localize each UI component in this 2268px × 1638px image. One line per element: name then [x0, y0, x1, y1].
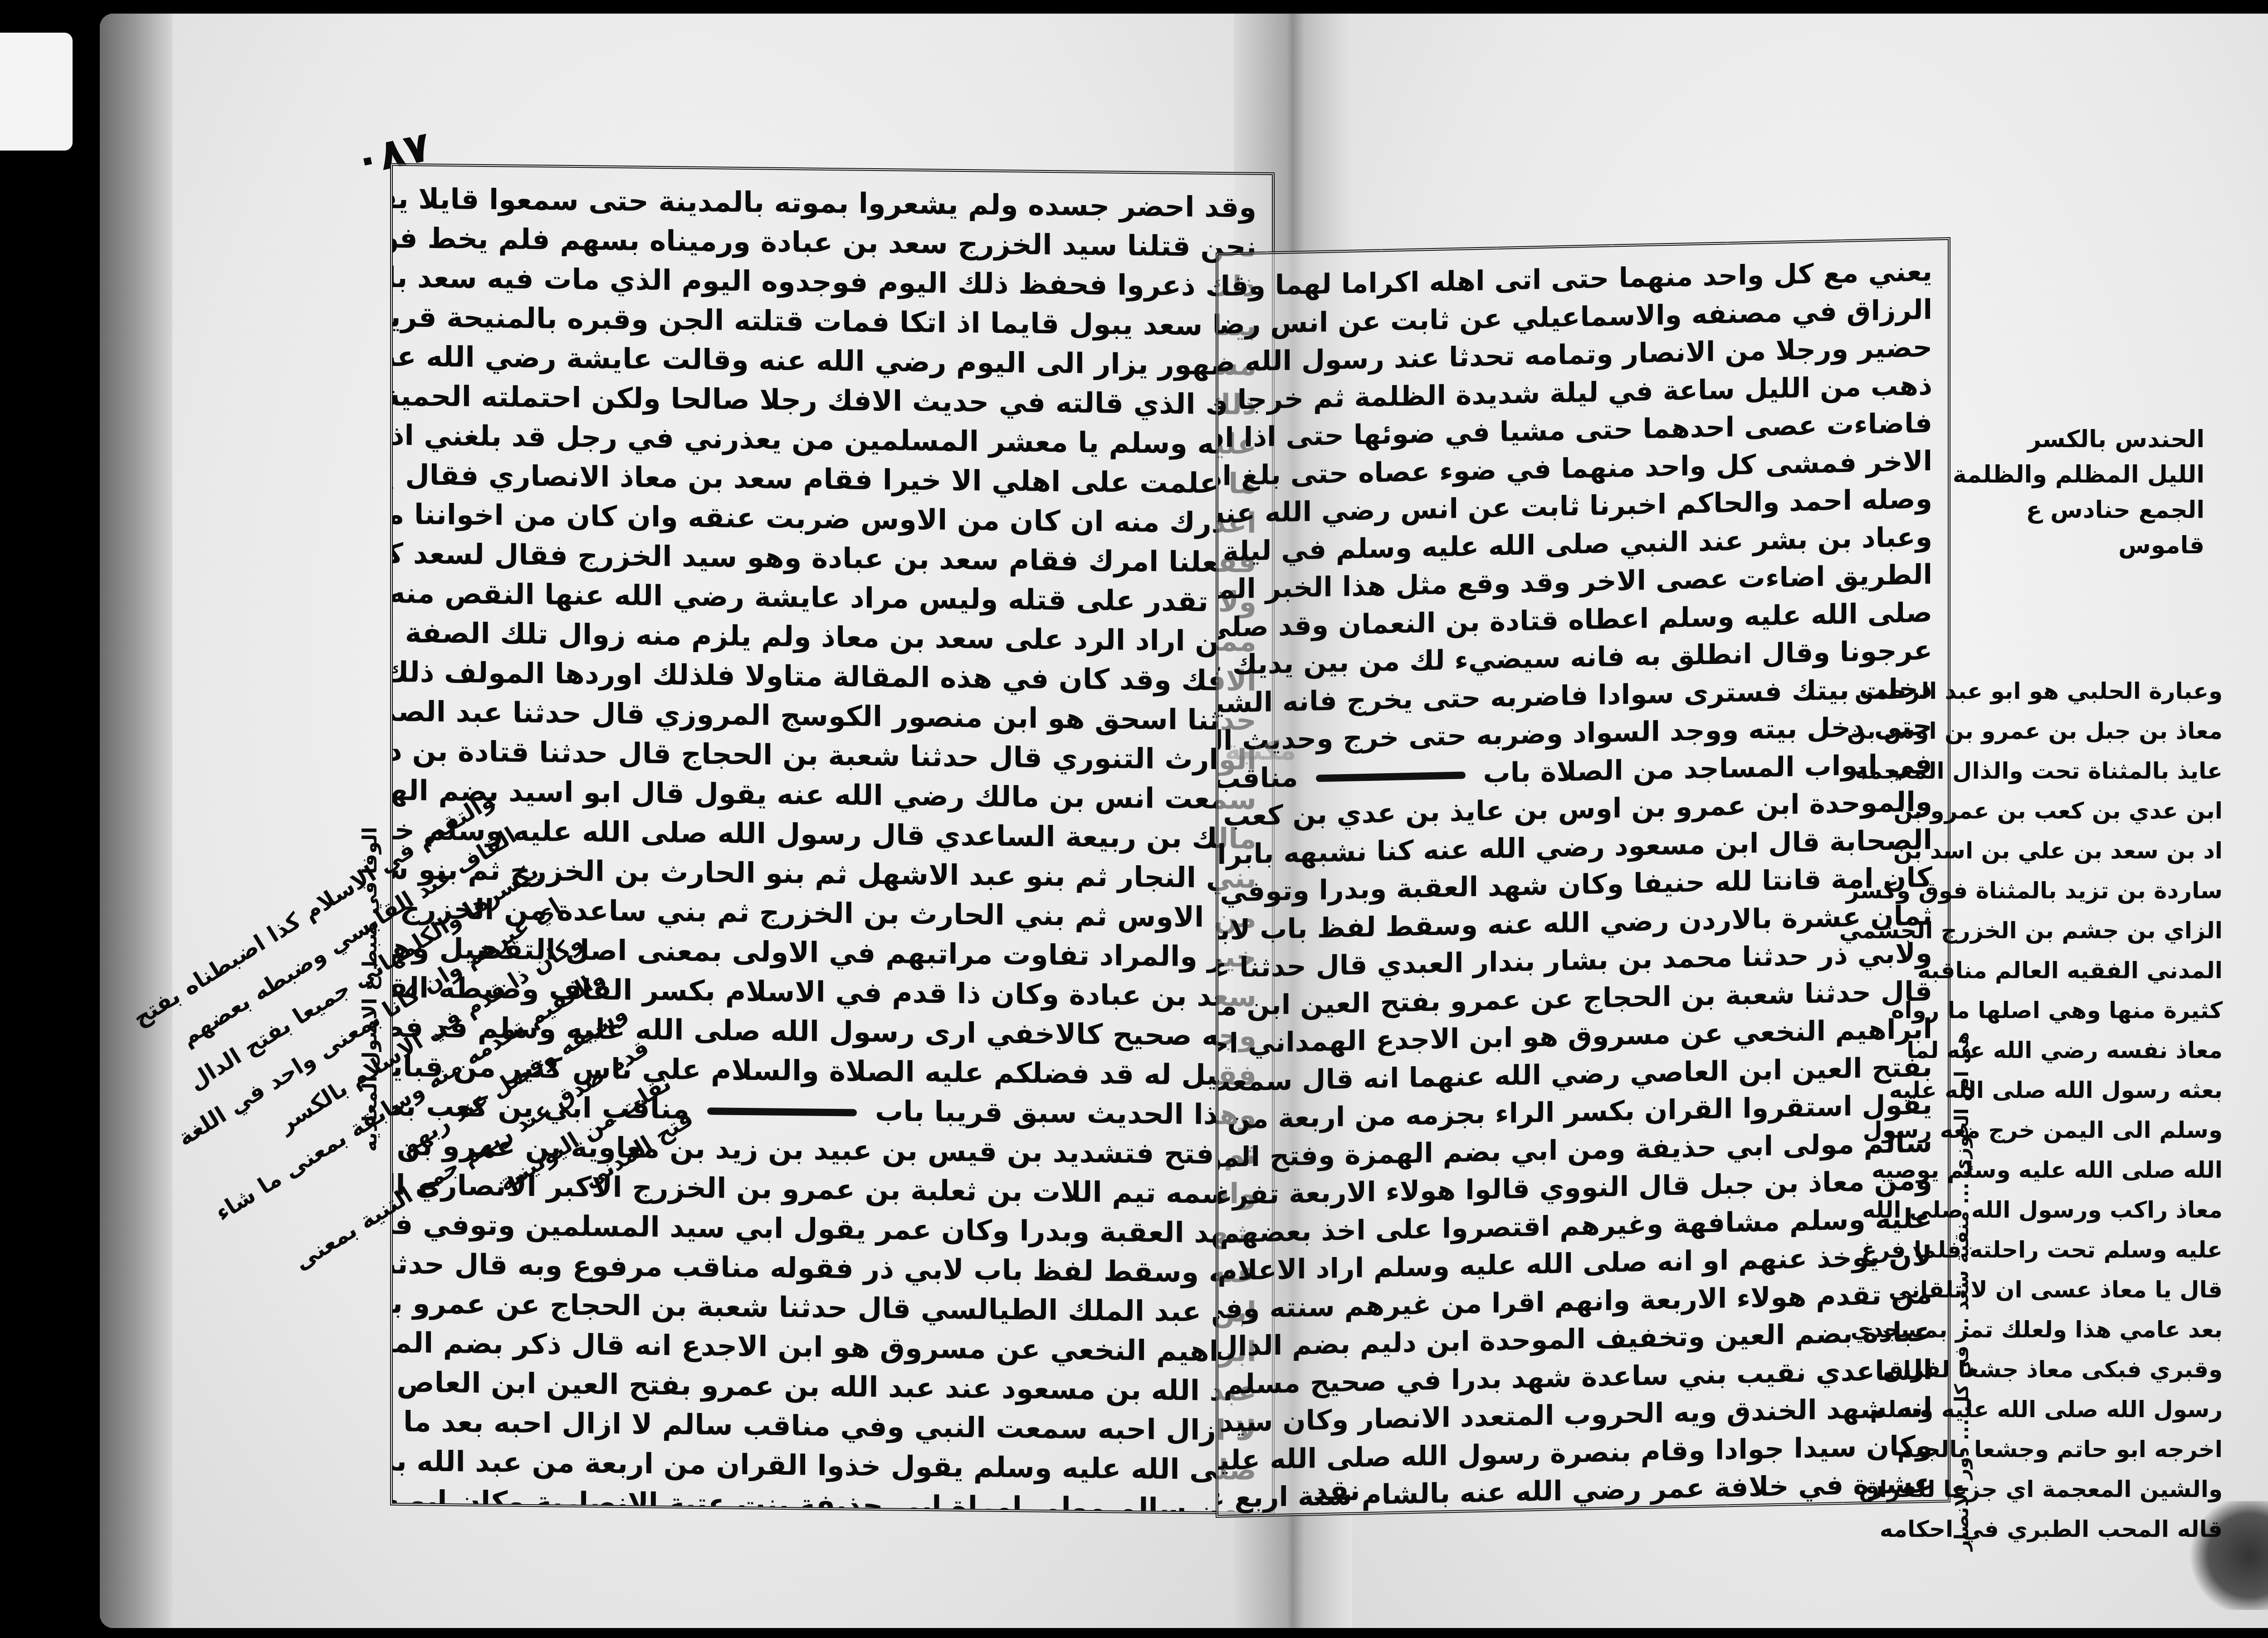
text-line: بعد عامي هذا ولعلك تمر بمسجدي: [1851, 1316, 2223, 1343]
scanner-edge-tab: [0, 33, 73, 151]
text-line: الليل المظلم والظلمة: [1953, 461, 2204, 488]
text-line: بعثه رسول الله صلى الله عليه: [1889, 1077, 2223, 1103]
text-line: عليه وسلم تحت راحلته فلما فرغ: [1862, 1237, 2223, 1263]
margin-note-vertical-left: الوفا في ضبط ع الاصول المعاديه: [358, 827, 381, 1152]
text-line: والشين المعجمة اي جزعا للفراق: [1859, 1476, 2223, 1502]
text-line: الله صلى الله عليه وسلم يوصيه: [1872, 1157, 2223, 1183]
text-line: المدني الفقيه العالم مناقبه: [1917, 957, 2223, 984]
text-line: الجمع حنادس ع: [2026, 497, 2204, 524]
text-line: وعبارة الحلبي هو ابو عبد الرحمن: [1855, 678, 2223, 704]
text-line: ابن عدي بن كعب بن عمرو بن: [1893, 798, 2223, 824]
text-line: وسلم الى اليمن خرج معه رسول: [1862, 1117, 2223, 1143]
catchword: نقد: [1313, 1474, 1360, 1507]
text-line: ساردة بن تزيد بالمثناة فوق وكسر: [1846, 877, 2223, 904]
right-text-block: يعني مع كل واحد منهما حتى اتى اهله اكرام…: [1216, 237, 1950, 1518]
margin-note-muadh-biography: وعبارة الحلبي هو ابو عبد الرحمنمعاذ بن ج…: [1941, 671, 2223, 1549]
text-line: وقبري فبكى معاذ جشعا لفراق: [1883, 1356, 2223, 1383]
text-line: الزاي بن جشم بن الخزرج الجشمي: [1839, 917, 2223, 944]
text-line: الحندس بالكسر: [2028, 426, 2204, 453]
left-text-block: وقد احضر جسده ولم يشعروا بموته بالمدينة …: [390, 163, 1275, 1515]
text-line: معاذ راكب ورسول الله صلى الله: [1862, 1197, 2223, 1223]
watermark: مكتبة: [1225, 735, 1296, 766]
margin-note-vertical-right: هي ابن الجوزي ... منقبة سعد ... في كل ..…: [1950, 1032, 1973, 1551]
text-line: كثيرة منها وهي اصلها ما رواه: [1891, 997, 2223, 1024]
section-heading-rule: [1316, 771, 1466, 782]
margin-note-hindis-gloss: الحندس بالكسرالليل المظلم والظلمةالجمع ح…: [1950, 422, 2204, 563]
page-edge-shadow: [100, 14, 172, 1628]
text-line: قاموس: [2118, 532, 2204, 559]
text-line: معاذ بن جبل بن عمرو بن اوس بن: [1847, 718, 2223, 744]
text-line: رسول الله صلى الله عليه وسلم: [1870, 1396, 2223, 1423]
section-heading-rule: [707, 1107, 857, 1116]
text-line: اخرجه ابو حاتم وجشعا بالجيم: [1897, 1436, 2223, 1462]
text-line: قال يا معاذ عسى ان لا تلقاني: [1889, 1277, 2223, 1303]
text-line: اد بن سعد بن علي بن اسد بن: [1893, 838, 2223, 864]
text-line: قاله المحب الطبري في احكامه: [1880, 1516, 2223, 1542]
text-line: عايذ بالمثناة تحت والذال المعجمة: [1855, 758, 2223, 784]
